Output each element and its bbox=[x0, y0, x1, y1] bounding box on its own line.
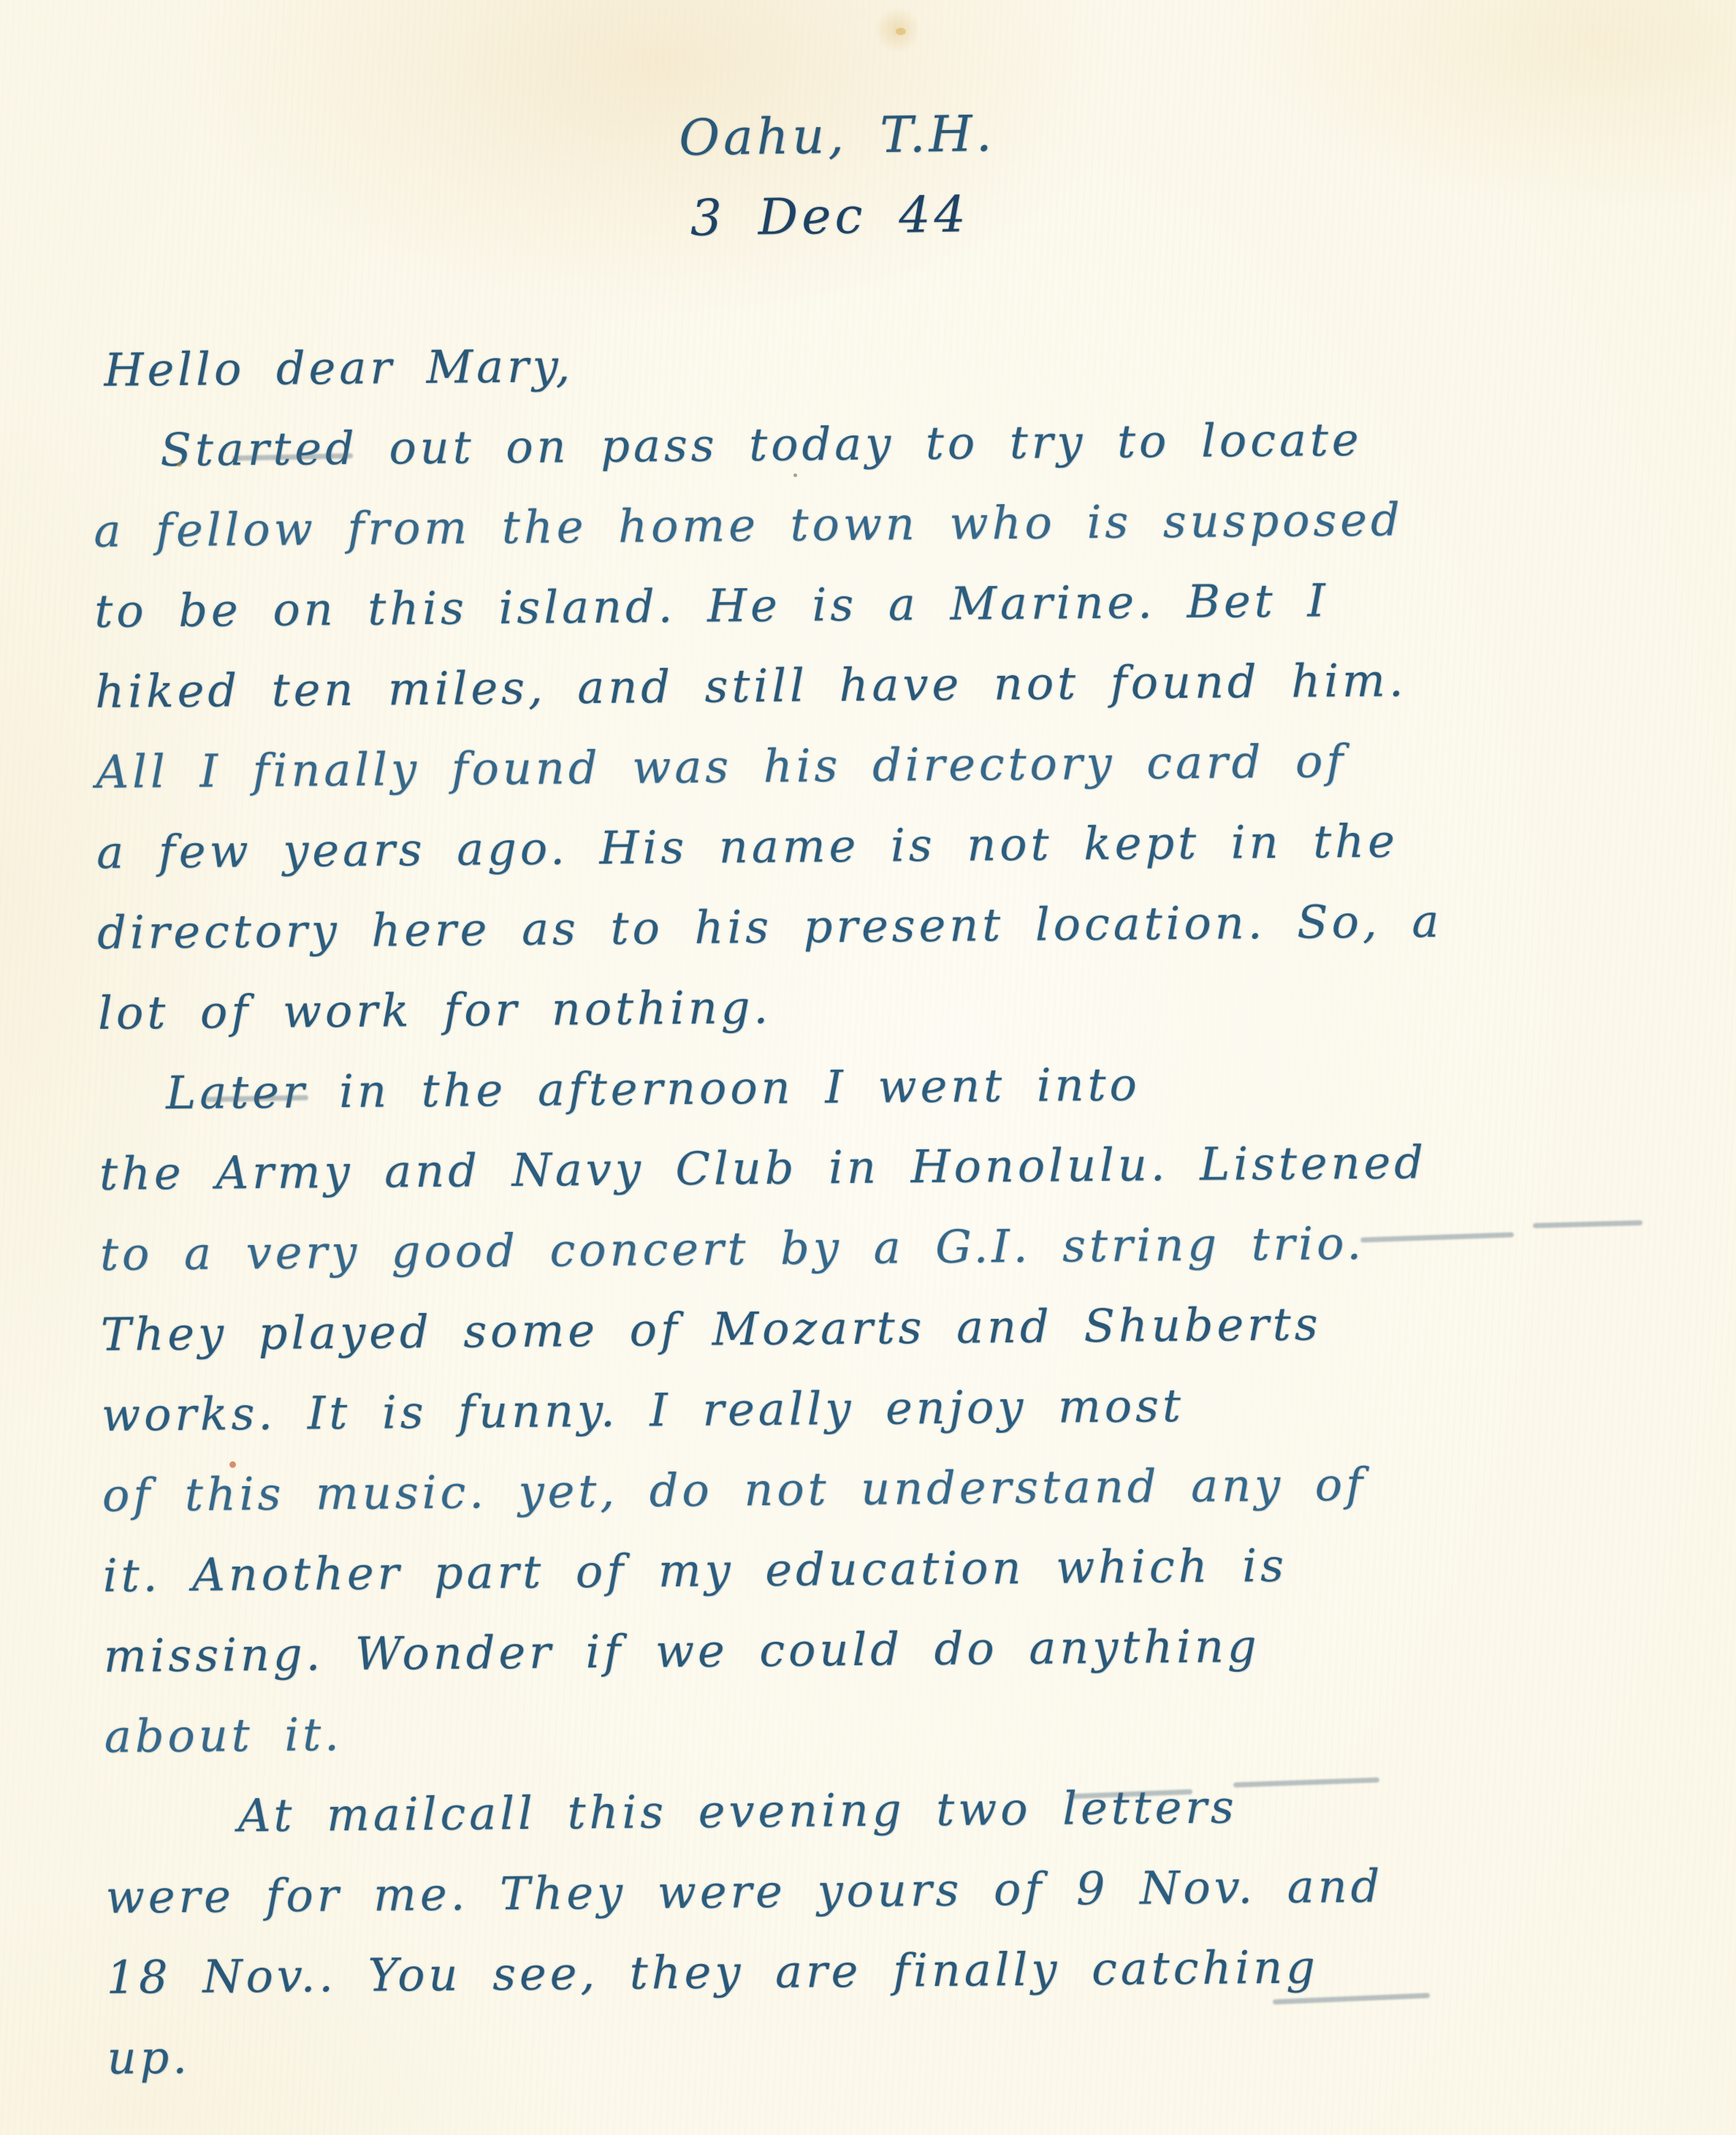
letter-line: of this music. yet, do not understand an… bbox=[102, 1442, 1695, 1536]
letter-line: They played some of Mozarts and Shuberts bbox=[101, 1281, 1694, 1375]
letter-line: Started out on pass today to try to loca… bbox=[93, 397, 1686, 491]
letter-line: about it. bbox=[104, 1683, 1697, 1777]
paper-speck bbox=[793, 473, 797, 477]
letter-line: missing. Wonder if we could do anything bbox=[103, 1602, 1697, 1697]
letter-dateline: Oahu, T.H. 3 Dec 44 bbox=[678, 91, 997, 256]
letter-greeting: Hello dear Mary, bbox=[92, 316, 1686, 411]
letter-line: a fellow from the home town who is suspo… bbox=[94, 477, 1687, 571]
letter-body: Hello dear Mary, Started out on pass tod… bbox=[92, 316, 1700, 2098]
letter-line: lot of work for nothing. bbox=[98, 959, 1691, 1054]
letter-page: Oahu, T.H. 3 Dec 44 Hello dear Mary, Sta… bbox=[0, 0, 1736, 2135]
letter-line: 18 Nov.. You see, they are finally catch… bbox=[106, 1924, 1699, 2018]
paper-speck bbox=[177, 462, 182, 467]
letter-line: a few years ago. His name is not kept in… bbox=[96, 799, 1690, 893]
letter-line: the Army and Navy Club in Honolulu. List… bbox=[99, 1120, 1693, 1214]
letter-line: up. bbox=[107, 2004, 1700, 2098]
letter-place: Oahu, T.H. bbox=[678, 91, 996, 176]
letter-line: directory here as to his present locatio… bbox=[97, 879, 1691, 973]
letter-line: works. It is funny. I really enjoy most bbox=[101, 1361, 1694, 1455]
letter-line: All I finally found was his directory ca… bbox=[96, 718, 1689, 812]
letter-date: 3 Dec 44 bbox=[679, 172, 997, 256]
letter-line: At mailcall this evening two letters bbox=[104, 1763, 1698, 1857]
letter-line: Later in the afternoon I went into bbox=[99, 1040, 1692, 1134]
letter-line: to be on this island. He is a Marine. Be… bbox=[94, 557, 1688, 652]
paper-speck bbox=[896, 28, 906, 35]
letter-line: to a very good concert by a G.I. string … bbox=[100, 1200, 1694, 1295]
letter-line: were for me. They were yours of 9 Nov. a… bbox=[105, 1843, 1699, 1938]
letter-line: hiked ten miles, and still have not foun… bbox=[95, 638, 1689, 732]
letter-line: it. Another part of my education which i… bbox=[102, 1522, 1696, 1616]
paper-speck bbox=[229, 1461, 236, 1468]
